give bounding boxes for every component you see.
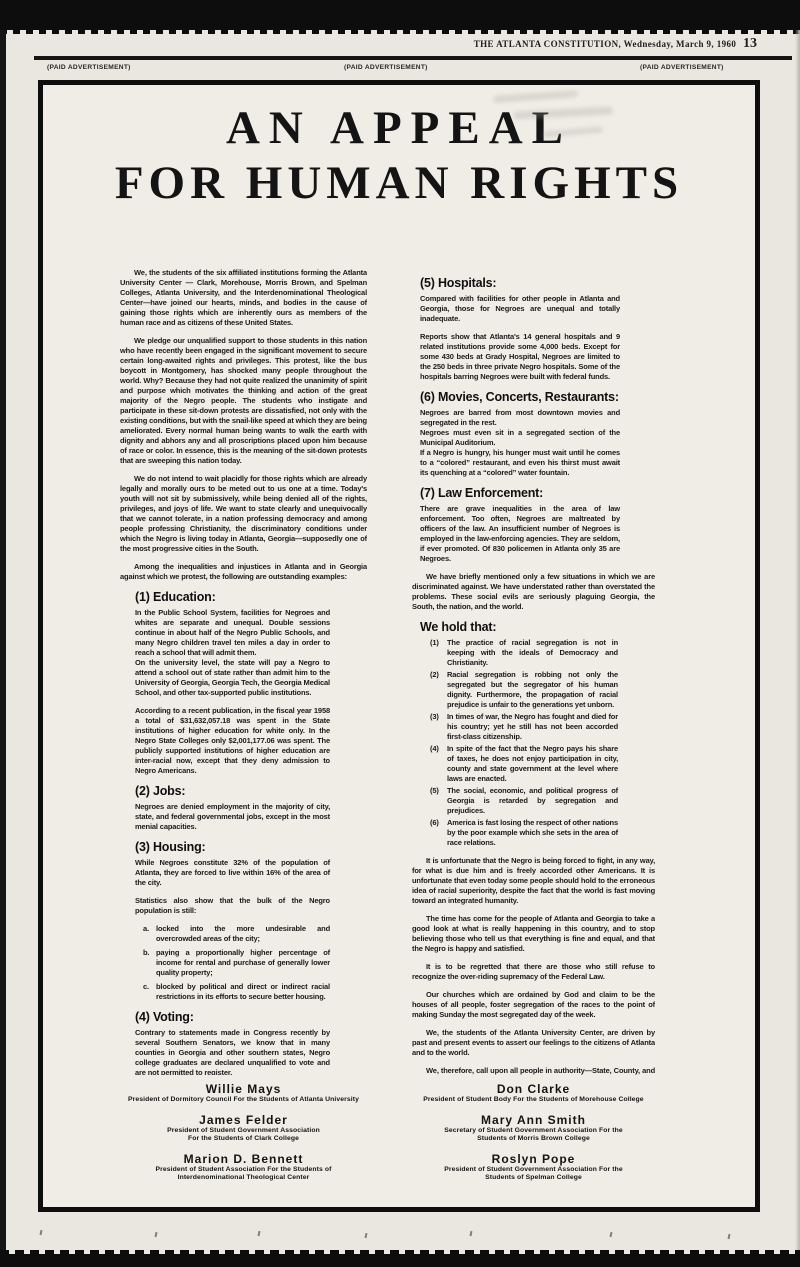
item-text: America is fast losing the respect of ot…	[447, 818, 618, 848]
right-column: (5) Hospitals: Compared with facilities …	[412, 268, 655, 1075]
signature-name: Don Clarke	[412, 1083, 655, 1096]
we-hold-item: (1) The practice of racial segregation i…	[430, 638, 618, 668]
signature-role: Secretary of Student Government Associat…	[412, 1127, 655, 1136]
item-text: The social, economic, and political prog…	[447, 786, 618, 816]
signature-block: Don Clarke President of Student Body For…	[412, 1083, 655, 1105]
signatures-left: Willie Mays President of Dormitory Counc…	[120, 1083, 367, 1192]
section-movies-concerts-restaurants: (6) Movies, Concerts, Restaurants: Negro…	[420, 390, 620, 478]
section-paragraph: While Negroes constitute 32% of the popu…	[135, 858, 330, 888]
scan-edge-left	[0, 30, 6, 1254]
section-paragraph: Compared with facilities for other peopl…	[420, 294, 620, 324]
masthead-page-number: 13	[743, 36, 757, 51]
item-number: (5)	[430, 786, 447, 816]
scan-edge-top	[0, 0, 800, 30]
scan-pen-mark	[364, 1233, 367, 1238]
section-heading: (6) Movies, Concerts, Restaurants:	[420, 390, 620, 404]
list-item-label: b.	[143, 948, 156, 978]
scan-pen-mark	[154, 1232, 157, 1237]
scan-pen-mark	[609, 1232, 612, 1237]
signature-block: Marion D. Bennett President of Student A…	[120, 1153, 367, 1183]
closing-paragraph: We, therefore, call upon all people in a…	[412, 1066, 655, 1075]
section-housing: (3) Housing: While Negroes constitute 32…	[135, 840, 330, 1002]
signature-name: Mary Ann Smith	[412, 1114, 655, 1127]
we-hold-that-block: We hold that: (1) The practice of racial…	[412, 620, 655, 848]
scan-pen-mark	[39, 1230, 42, 1235]
section-education: (1) Education: In the Public School Syst…	[135, 590, 330, 776]
we-hold-item: (6) America is fast losing the respect o…	[430, 818, 618, 848]
section-paragraph: Reports show that Atlanta's 14 general h…	[420, 332, 620, 382]
closing-paragraph: We, the students of the Atlanta Universi…	[412, 1028, 655, 1058]
signature-role: President of Dormitory Council For the S…	[120, 1096, 367, 1105]
list-item-label: c.	[143, 982, 156, 1002]
ad-border-frame: AN APPEAL FOR HUMAN RIGHTS We, the stude…	[38, 80, 760, 1212]
housing-list-item: a. locked into the more undesirable and …	[143, 924, 330, 944]
masthead-text: THE ATLANTA CONSTITUTION, Wednesday, Mar…	[474, 39, 737, 49]
section-paragraph: Contrary to statements made in Congress …	[135, 1028, 330, 1075]
list-item-text: blocked by political and direct or indir…	[156, 982, 330, 1002]
section-voting: (4) Voting: Contrary to statements made …	[135, 1010, 330, 1075]
section-heading: (2) Jobs:	[135, 784, 330, 798]
section-paragraph: If a Negro is hungry, his hunger must wa…	[420, 448, 620, 478]
list-item-text: paying a proportionally higher percentag…	[156, 948, 330, 978]
we-hold-item: (3) In times of war, the Negro has fough…	[430, 712, 618, 742]
item-text: In times of war, the Negro has fought an…	[447, 712, 618, 742]
item-number: (3)	[430, 712, 447, 742]
section-paragraph: In the Public School System, facilities …	[135, 608, 330, 658]
section-paragraph: Negroes are denied employment in the maj…	[135, 802, 330, 832]
section-heading: (5) Hospitals:	[420, 276, 620, 290]
ad-title-line-1: AN APPEAL	[43, 101, 755, 156]
scan-pen-mark	[257, 1231, 260, 1236]
signature-role: President of Student Government Associat…	[412, 1166, 655, 1175]
scan-edge-right	[795, 30, 800, 1254]
section-paragraph: According to a recent publication, in th…	[135, 706, 330, 776]
signature-name: James Felder	[120, 1114, 367, 1127]
list-item-text: locked into the more undesirable and ove…	[156, 924, 330, 944]
signature-role: Students of Morris Brown College	[412, 1135, 655, 1144]
scan-edge-top-ragged	[0, 30, 800, 34]
signature-name: Marion D. Bennett	[120, 1153, 367, 1166]
section-law-enforcement: (7) Law Enforcement: There are grave ine…	[420, 486, 620, 564]
signature-block: James Felder President of Student Govern…	[120, 1114, 367, 1144]
item-number: (4)	[430, 744, 447, 784]
signature-role: President of Student Body For the Studen…	[412, 1096, 655, 1105]
scan-pen-mark	[469, 1231, 472, 1236]
intro-paragraph: We pledge our unqualified support to tho…	[120, 336, 367, 466]
item-text: In spite of the fact that the Negro pays…	[447, 744, 618, 784]
housing-list-item: b. paying a proportionally higher percen…	[143, 948, 330, 978]
newspaper-page-scan: THE ATLANTA CONSTITUTION, Wednesday, Mar…	[0, 0, 800, 1267]
signature-block: Mary Ann Smith Secretary of Student Gove…	[412, 1114, 655, 1144]
ad-title-line-2: FOR HUMAN RIGHTS	[43, 156, 755, 211]
closing-paragraph: It is to be regretted that there are tho…	[412, 962, 655, 982]
signature-block: Roslyn Pope President of Student Governm…	[412, 1153, 655, 1183]
signature-role: President of Student Government Associat…	[120, 1127, 367, 1136]
section-paragraph: On the university level, the state will …	[135, 658, 330, 698]
scan-edge-bottom	[0, 1254, 800, 1267]
section-paragraph: Negroes are barred from most downtown mo…	[420, 408, 620, 428]
item-text: Racial segregation is robbing not only t…	[447, 670, 618, 710]
section-paragraph: Statistics also show that the bulk of th…	[135, 896, 330, 916]
we-hold-that-heading: We hold that:	[420, 620, 655, 634]
item-number: (6)	[430, 818, 447, 848]
signature-block: Willie Mays President of Dormitory Counc…	[120, 1083, 367, 1105]
section-heading: (1) Education:	[135, 590, 330, 604]
section-heading: (7) Law Enforcement:	[420, 486, 620, 500]
signature-name: Roslyn Pope	[412, 1153, 655, 1166]
signature-role: Interdenominational Theological Center	[120, 1174, 367, 1183]
signatures-right: Don Clarke President of Student Body For…	[412, 1083, 655, 1192]
section-jobs: (2) Jobs: Negroes are denied employment …	[135, 784, 330, 832]
item-number: (2)	[430, 670, 447, 710]
paid-advertisement-label-center: (PAID ADVERTISEMENT)	[344, 64, 428, 71]
intro-paragraph: We, the students of the six affiliated i…	[120, 268, 367, 328]
masthead-rule	[34, 56, 792, 60]
ad-title: AN APPEAL FOR HUMAN RIGHTS	[43, 101, 755, 211]
intro-paragraph: We do not intend to wait placidly for th…	[120, 474, 367, 554]
item-number: (1)	[430, 638, 447, 668]
closing-paragraph: Our churches which are ordained by God a…	[412, 990, 655, 1020]
signature-role: For the Students of Clark College	[120, 1135, 367, 1144]
section-hospitals: (5) Hospitals: Compared with facilities …	[420, 276, 620, 382]
summary-paragraph: We have briefly mentioned only a few sit…	[412, 572, 655, 612]
masthead: THE ATLANTA CONSTITUTION, Wednesday, Mar…	[0, 36, 757, 52]
section-heading: (3) Housing:	[135, 840, 330, 854]
scan-pen-mark	[727, 1234, 730, 1239]
signature-role: President of Student Association For the…	[120, 1166, 367, 1175]
left-column: We, the students of the six affiliated i…	[120, 268, 367, 1075]
closing-paragraph: The time has come for the people of Atla…	[412, 914, 655, 954]
paid-advertisement-label-left: (PAID ADVERTISEMENT)	[47, 64, 131, 71]
section-paragraph: Negroes must even sit in a segregated se…	[420, 428, 620, 448]
housing-list-item: c. blocked by political and direct or in…	[143, 982, 330, 1002]
intro-paragraph: Among the inequalities and injustices in…	[120, 562, 367, 582]
list-item-label: a.	[143, 924, 156, 944]
we-hold-item: (2) Racial segregation is robbing not on…	[430, 670, 618, 710]
paid-advertisement-label-right: (PAID ADVERTISEMENT)	[640, 64, 724, 71]
we-hold-item: (4) In spite of the fact that the Negro …	[430, 744, 618, 784]
section-paragraph: There are grave inequalities in the area…	[420, 504, 620, 564]
signature-role: Students of Spelman College	[412, 1174, 655, 1183]
section-heading: (4) Voting:	[135, 1010, 330, 1024]
item-text: The practice of racial segregation is no…	[447, 638, 618, 668]
we-hold-item: (5) The social, economic, and political …	[430, 786, 618, 816]
signature-name: Willie Mays	[120, 1083, 367, 1096]
closing-paragraph: It is unfortunate that the Negro is bein…	[412, 856, 655, 906]
